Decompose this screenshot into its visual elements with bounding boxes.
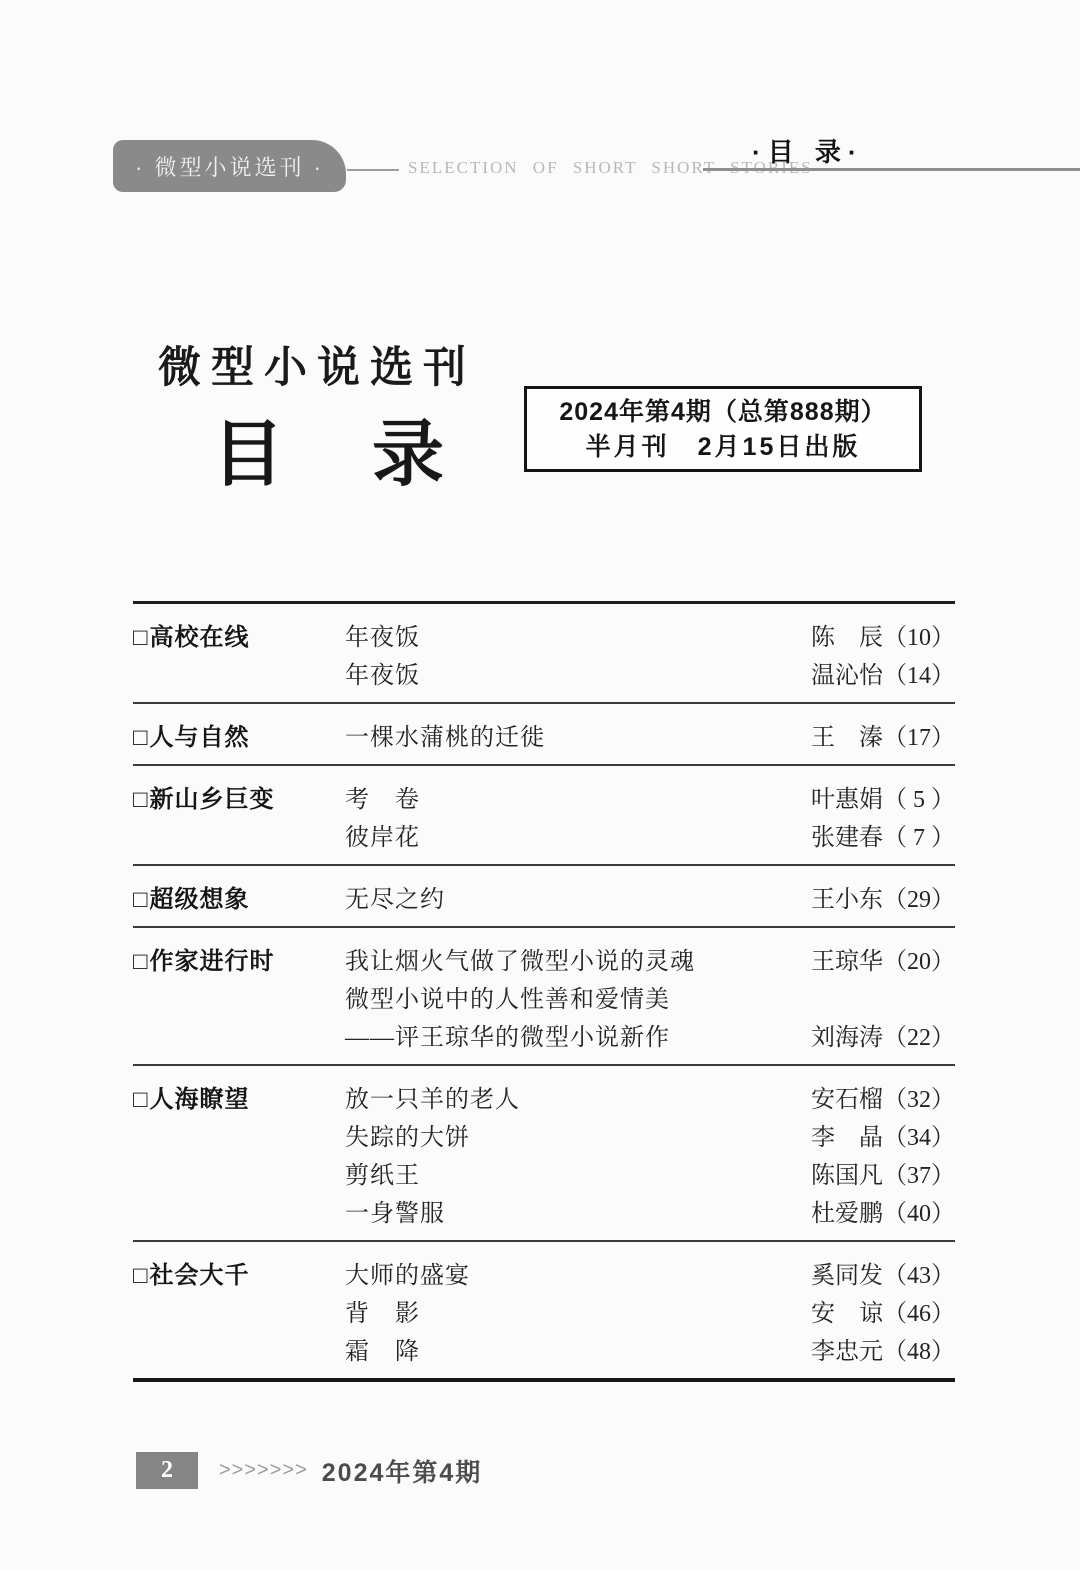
section-category: □超级想象 <box>133 879 345 914</box>
section-category: □人与自然 <box>133 717 345 752</box>
square-bullet-icon: □ <box>133 948 149 975</box>
table-row: 微型小说中的人性善和爱情美 <box>133 977 955 1015</box>
category-label: 社会大千 <box>150 1262 250 1289</box>
page-ref: （37） <box>883 1163 955 1189</box>
toc-section-gaoxiao: □高校在线 年夜饭 陈 辰（10） 年夜饭 温沁怡（14） <box>133 604 955 704</box>
author-page: 李忠元（48） <box>811 1331 955 1366</box>
section-category: □新山乡巨变 <box>133 779 345 814</box>
square-bullet-icon: □ <box>133 1086 149 1113</box>
issue-info-box: 2024年第4期（总第888期） 半月刊 2月15日出版 <box>524 386 922 472</box>
story-title: 考 卷 <box>345 779 811 814</box>
story-title: 放一只羊的老人 <box>345 1079 811 1114</box>
table-row: □超级想象 无尽之约 王小东（29） <box>133 877 955 915</box>
page-ref: （ 7 ） <box>883 825 955 851</box>
page-ref: （ 5 ） <box>883 787 955 813</box>
page-number: 2 <box>161 1457 173 1484</box>
page-ref: （20） <box>883 949 955 975</box>
category-label: 高校在线 <box>150 624 250 651</box>
table-row: 剪纸王 陈国凡（37） <box>133 1153 955 1191</box>
page-ref: （46） <box>883 1301 955 1327</box>
author-page: 李 晶（34） <box>811 1117 955 1152</box>
author-page: 张建春（ 7 ） <box>811 817 955 852</box>
category-label: 作家进行时 <box>150 948 275 975</box>
table-row: □作家进行时 我让烟火气做了微型小说的灵魂 王琼华（20） <box>133 939 955 977</box>
story-title: 失踪的大饼 <box>345 1117 811 1152</box>
table-row: 年夜饭 温沁怡（14） <box>133 653 955 691</box>
category-label: 人与自然 <box>150 724 250 751</box>
story-title: 大师的盛宴 <box>345 1255 811 1290</box>
section-category: □作家进行时 <box>133 941 345 976</box>
page-ref: （14） <box>883 663 955 689</box>
author-name: 李 晶 <box>811 1125 883 1151</box>
section-category: □社会大千 <box>133 1255 345 1290</box>
author-name: 王小东 <box>811 887 883 913</box>
square-bullet-icon: □ <box>133 624 149 651</box>
author-page: 安石榴（32） <box>811 1079 955 1114</box>
author-page: 刘海涛（22） <box>811 1017 955 1052</box>
header-connector-line <box>347 169 399 171</box>
story-title: 我让烟火气做了微型小说的灵魂 <box>345 941 811 976</box>
table-row: ——评王琼华的微型小说新作 刘海涛（22） <box>133 1015 955 1053</box>
corner-toc-label: ·目 录· <box>752 132 864 169</box>
page-ref: （17） <box>883 725 955 751</box>
table-row: □人海瞭望 放一只羊的老人 安石榴（32） <box>133 1077 955 1115</box>
author-name: 王琼华 <box>811 949 883 975</box>
category-label: 超级想象 <box>150 886 250 913</box>
author-page: 王小东（29） <box>811 879 955 914</box>
author-name: 陈国凡 <box>811 1163 883 1189</box>
page-ref: （40） <box>883 1201 955 1227</box>
story-title: 背 影 <box>345 1293 811 1328</box>
section-category: □高校在线 <box>133 617 345 652</box>
table-row: □社会大千 大师的盛宴 奚同发（43） <box>133 1253 955 1291</box>
author-page: 安 谅（46） <box>811 1293 955 1328</box>
toc-section-xinshanxiang: □新山乡巨变 考 卷 叶惠娟（ 5 ） 彼岸花 张建春（ 7 ） <box>133 766 955 866</box>
footer-issue-label: 2024年第4期 <box>322 1453 483 1489</box>
story-title: 年夜饭 <box>345 617 811 652</box>
square-bullet-icon: □ <box>133 886 149 913</box>
toc-title-char-1: 目 <box>212 411 284 496</box>
table-row: □新山乡巨变 考 卷 叶惠娟（ 5 ） <box>133 777 955 815</box>
page-ref: （43） <box>883 1263 955 1289</box>
author-name: 奚同发 <box>811 1263 883 1289</box>
author-name: 王 溱 <box>811 725 883 751</box>
magazine-name-badge-label: · 微型小说选刊 · <box>135 151 324 182</box>
story-title: 一身警服 <box>345 1193 811 1228</box>
publication-date-line: 半月刊 2月15日出版 <box>586 431 861 463</box>
page-ref: （32） <box>883 1087 955 1113</box>
table-row: 背 影 安 谅（46） <box>133 1291 955 1329</box>
page-number-box: 2 <box>136 1452 198 1489</box>
square-bullet-icon: □ <box>133 786 149 813</box>
square-bullet-icon: □ <box>133 1262 149 1289</box>
author-page: 杜爱鹏（40） <box>811 1193 955 1228</box>
table-row: 一身警服 杜爱鹏（40） <box>133 1191 955 1229</box>
author-name: 刘海涛 <box>811 1025 883 1051</box>
author-name: 张建春 <box>811 825 883 851</box>
table-row: 霜 降 李忠元（48） <box>133 1329 955 1367</box>
issue-number-line: 2024年第4期（总第888期） <box>559 396 886 428</box>
author-page: 王琼华（20） <box>811 941 955 976</box>
author-name: 安 谅 <box>811 1301 883 1327</box>
toc-title-char-2: 录 <box>372 411 444 496</box>
page-ref: （22） <box>883 1025 955 1051</box>
author-page: 陈国凡（37） <box>811 1155 955 1190</box>
toc-section-zuojiajinxingshi: □作家进行时 我让烟火气做了微型小说的灵魂 王琼华（20） 微型小说中的人性善和… <box>133 928 955 1066</box>
toc-calligraphy-title: 目录 <box>212 396 444 500</box>
toc-section-chaojixiangxiang: □超级想象 无尽之约 王小东（29） <box>133 866 955 928</box>
author-name: 温沁怡 <box>811 663 883 689</box>
square-bullet-icon: □ <box>133 724 149 751</box>
header-rule <box>703 168 1080 171</box>
story-title: 微型小说中的人性善和爱情美 <box>345 979 955 1014</box>
author-page: 陈 辰（10） <box>811 617 955 652</box>
page-ref: （10） <box>883 625 955 651</box>
author-name: 叶惠娟 <box>811 787 883 813</box>
table-of-contents: □高校在线 年夜饭 陈 辰（10） 年夜饭 温沁怡（14） □人与自然 一棵水蒲… <box>133 601 955 1382</box>
category-label: 人海瞭望 <box>150 1086 250 1113</box>
table-row: 彼岸花 张建春（ 7 ） <box>133 815 955 853</box>
magazine-title: 微型小说选刊 <box>158 334 476 395</box>
author-page: 王 溱（17） <box>811 717 955 752</box>
author-name: 杜爱鹏 <box>811 1201 883 1227</box>
author-name: 李忠元 <box>811 1339 883 1365</box>
chevrons-icon: >>>>>>> <box>219 1459 308 1482</box>
page-ref: （34） <box>883 1125 955 1151</box>
toc-section-renyuziran: □人与自然 一棵水蒲桃的迁徙 王 溱（17） <box>133 704 955 766</box>
table-row: 失踪的大饼 李 晶（34） <box>133 1115 955 1153</box>
magazine-toc-page: · 微型小说选刊 · SELECTION OF SHORT SHORT STOR… <box>0 0 1080 1570</box>
page-ref: （29） <box>883 887 955 913</box>
section-category: □人海瞭望 <box>133 1079 345 1114</box>
author-name: 安石榴 <box>811 1087 883 1113</box>
table-row: □人与自然 一棵水蒲桃的迁徙 王 溱（17） <box>133 715 955 753</box>
story-title: 剪纸王 <box>345 1155 811 1190</box>
author-page: 温沁怡（14） <box>811 655 955 690</box>
author-name: 陈 辰 <box>811 625 883 651</box>
footer-issue-line: >>>>>>> 2024年第4期 <box>219 1452 482 1489</box>
author-page: 奚同发（43） <box>811 1255 955 1290</box>
toc-section-renhailiaowang: □人海瞭望 放一只羊的老人 安石榴（32） 失踪的大饼 李 晶（34） 剪纸王 … <box>133 1066 955 1242</box>
magazine-name-badge: · 微型小说选刊 · <box>113 140 346 192</box>
category-label: 新山乡巨变 <box>150 786 275 813</box>
story-title: 一棵水蒲桃的迁徙 <box>345 717 811 752</box>
story-subtitle: ——评王琼华的微型小说新作 <box>345 1017 811 1052</box>
author-page: 叶惠娟（ 5 ） <box>811 779 955 814</box>
story-title: 霜 降 <box>345 1331 811 1366</box>
story-title: 年夜饭 <box>345 655 811 690</box>
story-title: 彼岸花 <box>345 817 811 852</box>
table-row: □高校在线 年夜饭 陈 辰（10） <box>133 615 955 653</box>
toc-section-shehuidaqian: □社会大千 大师的盛宴 奚同发（43） 背 影 安 谅（46） 霜 降 李忠元（… <box>133 1242 955 1382</box>
page-ref: （48） <box>883 1339 955 1365</box>
story-title: 无尽之约 <box>345 879 811 914</box>
